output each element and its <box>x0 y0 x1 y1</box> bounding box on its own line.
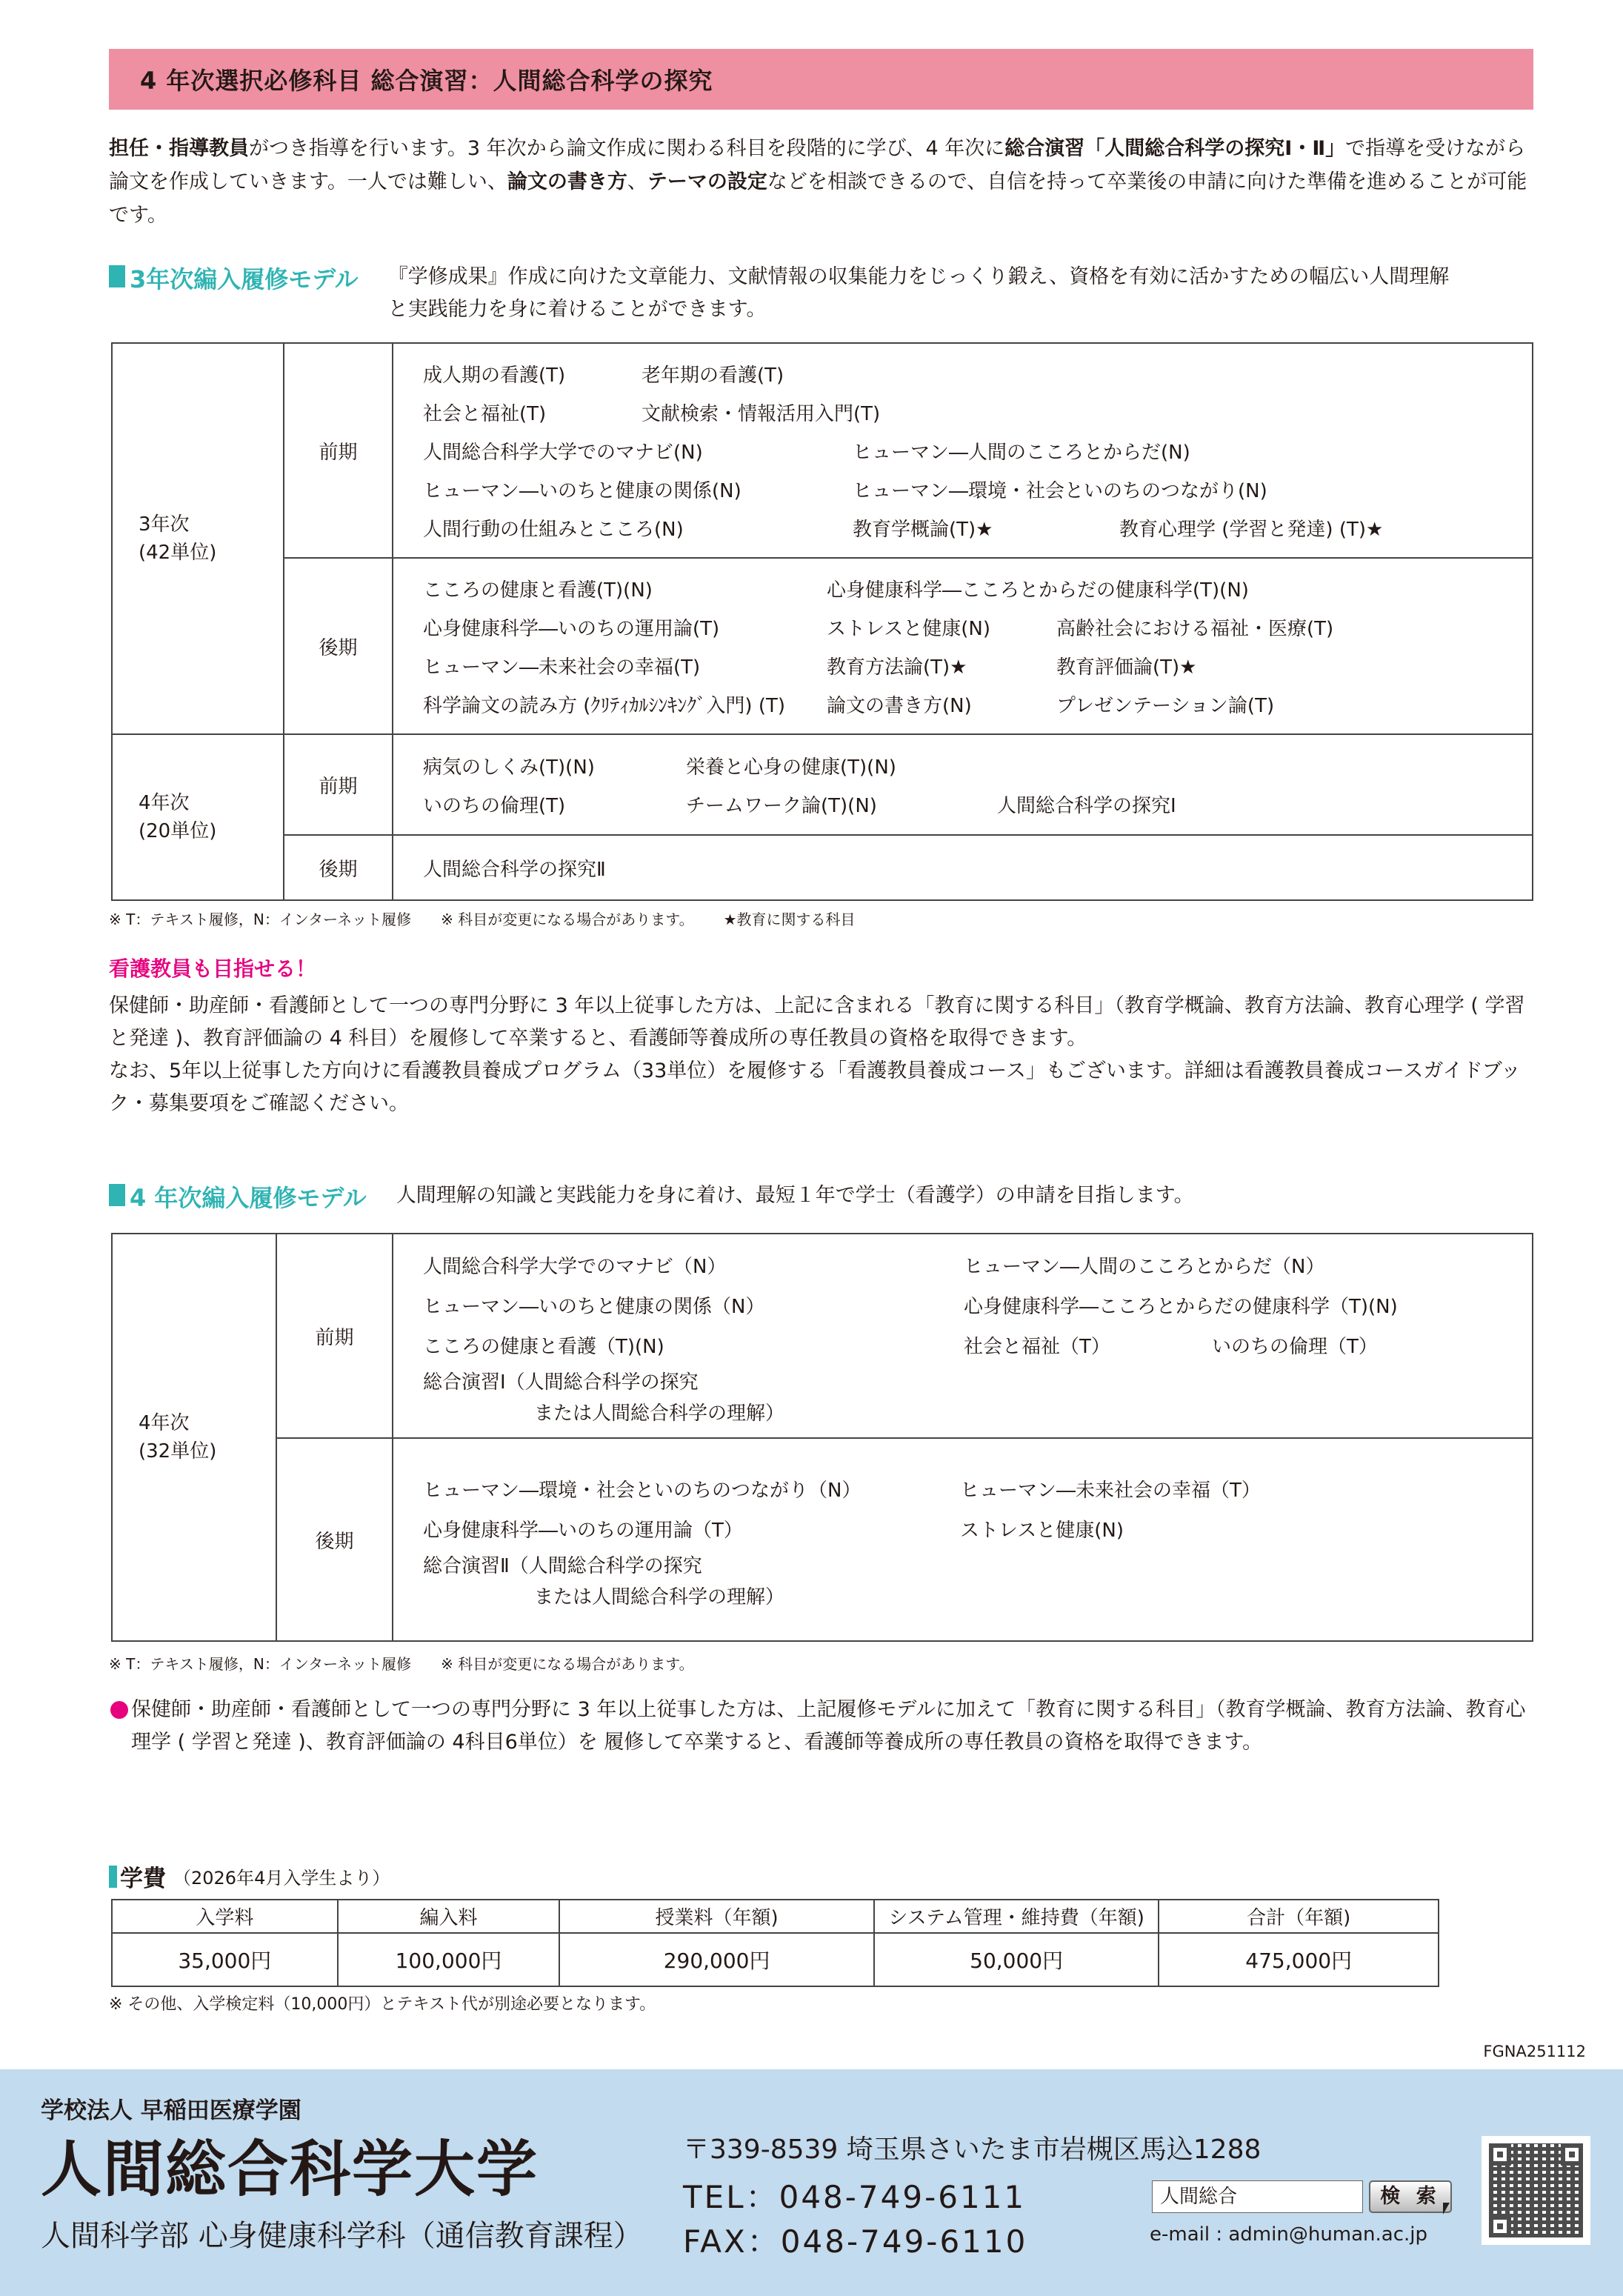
course-item: 人間総合科学大学でのマナビ（N） <box>423 1251 964 1279</box>
square-marker-icon <box>109 265 125 287</box>
year-cell: 4年次(20単位) <box>112 734 284 900</box>
fees-header: 学費 （2026年4月入学生より） <box>109 1860 390 1893</box>
model3-header: 3年次編入履修モデル 『学修成果』作成に向けた文章能力、文献情報の収集能力をじっ… <box>109 261 1455 326</box>
year-cell: 4年次(32単位) <box>112 1234 276 1641</box>
table-row: 3年次(42単位)前期成人期の看護(T)老年期の看護(T)社会と福祉(T)文献検… <box>112 343 1533 558</box>
course-row: いのちの倫理(T)チームワーク論(T)(N)人間総合科学の探究Ⅰ <box>423 785 1502 823</box>
intro-text-part: 総合演習「人間総合科学の探究Ⅰ・Ⅱ」 <box>1004 137 1345 160</box>
course-row: または人間総合科学の理解） <box>423 1580 1502 1611</box>
year-label: 4年次 <box>139 1409 276 1437</box>
course-item: いのちの倫理（T） <box>1212 1331 1378 1359</box>
intro-text-part: 担任・指導教員 <box>109 137 249 160</box>
model4-table: 4年次(32単位)前期人間総合科学大学でのマナビ（N）ヒューマン―人間のこころと… <box>111 1233 1533 1642</box>
intro-text-part: テーマの設定 <box>647 170 767 193</box>
course-row: 成人期の看護(T)老年期の看護(T) <box>423 354 1502 393</box>
course-item: 高齢社会における福祉・医療(T) <box>1056 613 1333 641</box>
table-row: 4年次(20単位)前期病気のしくみ(T)(N)栄養と心身の健康(T)(N)いのち… <box>112 734 1533 835</box>
course-item: 成人期の看護(T) <box>423 360 641 387</box>
course-row: 総合演習Ⅰ（人間総合科学の探究 <box>423 1365 1502 1396</box>
course-item: 心身健康科学―いのちの運用論(T) <box>423 613 827 641</box>
qr-finder-icon <box>1561 2143 1583 2166</box>
model4-bullet-note: 保健師・助産師・看護師として一つの専門分野に 3 年以上従事した方は、上記履修モ… <box>109 1694 1533 1759</box>
note-item: ★教育に関する科目 <box>724 911 856 928</box>
course-row: 人間行動の仕組みとこころ(N)教育学概論(T)★教育心理学 (学習と発達) (T… <box>423 508 1502 547</box>
nurse-teacher-text: 保健師・助産師・看護師として一つの専門分野に 3 年以上従事した方は、上記に含ま… <box>109 990 1533 1120</box>
model4-description: 人間理解の知識と実践能力を身に着け、最短１年で学士（看護学）の申請を目指します。 <box>396 1179 1194 1212</box>
table-row: 後期人間総合科学の探究Ⅱ <box>112 835 1533 900</box>
course-item: 論文の書き方(N) <box>827 691 1056 718</box>
course-item: 総合演習Ⅱ（人間総合科学の探究 <box>423 1551 702 1578</box>
course-cell: ヒューマン―環境・社会といのちのつながり（N）ヒューマン―未来社会の幸福（T）心… <box>393 1438 1533 1641</box>
section-banner: 4 年次選択必修科目 総合演習：人間総合科学の探究 <box>109 49 1533 110</box>
course-item: ヒューマン―環境・社会といのちのつながり(N) <box>853 476 1267 503</box>
square-marker-icon <box>109 1184 125 1206</box>
course-item: 教育学概論(T)★ <box>853 514 1119 542</box>
course-item: 人間総合科学の探究Ⅰ <box>997 791 1176 818</box>
course-item: ヒューマン―環境・社会といのちのつながり（N） <box>423 1475 960 1503</box>
note-item: ※ 科目が変更になる場合があります。 <box>441 1655 694 1673</box>
course-row: こころの健康と看護(T)(N)心身健康科学―こころとからだの健康科学(T)(N) <box>423 569 1502 608</box>
term-cell: 後期 <box>284 835 393 900</box>
table-row: 4年次(32単位)前期人間総合科学大学でのマナビ（N）ヒューマン―人間のこころと… <box>112 1234 1533 1438</box>
fee-value: 100,000円 <box>338 1933 560 1986</box>
course-row: 社会と福祉(T)文献検索・情報活用入門(T) <box>423 393 1502 431</box>
term-cell: 後期 <box>276 1438 393 1641</box>
course-item: 科学論文の読み方 (ｸﾘﾃｨｶﾙｼﾝｷﾝｸﾞ入門) (T) <box>423 691 827 718</box>
address: 〒339-8539 埼玉県さいたま市岩槻区馬込1288 <box>683 2129 1261 2166</box>
banner-title: 4 年次選択必修科目 総合演習：人間総合科学の探究 <box>140 62 713 96</box>
search-button[interactable]: 検 索 <box>1369 2180 1452 2213</box>
model3-description: 『学修成果』作成に向けた文章能力、文献情報の収集能力をじっくり鍛え、資格を有効に… <box>388 261 1455 326</box>
fee-value: 35,000円 <box>112 1933 338 1986</box>
course-row: ヒューマン―いのちと健康の関係(N)ヒューマン―環境・社会といのちのつながり(N… <box>423 470 1502 508</box>
course-item: こころの健康と看護(T)(N) <box>423 575 827 602</box>
term-cell: 前期 <box>284 734 393 835</box>
fee-column-header: 入学料 <box>112 1900 338 1933</box>
email-address[interactable]: e-mail : admin@human.ac.jp <box>1150 2223 1427 2246</box>
fee-column-header: システム管理・維持費（年額) <box>874 1900 1159 1933</box>
course-item: ヒューマン―いのちと健康の関係(N) <box>423 476 853 503</box>
intro-text-part: 論文の書き方 <box>507 170 627 193</box>
note-item: ※ T：テキスト履修，N：インターネット履修 <box>109 911 411 928</box>
note-item: ※ 科目が変更になる場合があります。 <box>441 911 694 928</box>
year-cell: 3年次(42単位) <box>112 343 284 734</box>
organization-name: 学校法人 早稲田医療学園 <box>41 2092 301 2125</box>
course-item: 人間行動の仕組みとこころ(N) <box>423 514 853 542</box>
bullet-dot-icon <box>110 1701 128 1719</box>
course-item: ヒューマン―人間のこころとからだ（N） <box>964 1251 1324 1279</box>
course-item: 社会と福祉(T) <box>423 399 641 426</box>
course-item: 心身健康科学―いのちの運用論（T） <box>423 1515 960 1543</box>
course-item: 心身健康科学―こころとからだの健康科学(T)(N) <box>827 575 1249 602</box>
course-item: または人間総合科学の理解） <box>534 1582 784 1609</box>
course-row: 科学論文の読み方 (ｸﾘﾃｨｶﾙｼﾝｷﾝｸﾞ入門) (T)論文の書き方(N)プレ… <box>423 685 1502 723</box>
course-item: 教育心理学 (学習と発達) (T)★ <box>1119 514 1383 542</box>
course-item: 心身健康科学―こころとからだの健康科学（T)(N) <box>964 1291 1398 1319</box>
course-item: ヒューマン―人間のこころとからだ(N) <box>853 437 1190 465</box>
table-row: 後期ヒューマン―環境・社会といのちのつながり（N）ヒューマン―未来社会の幸福（T… <box>112 1438 1533 1641</box>
model3-title: 3年次編入履修モデル <box>130 261 359 295</box>
course-cell: 人間総合科学大学でのマナビ（N）ヒューマン―人間のこころとからだ（N）ヒューマン… <box>393 1234 1533 1438</box>
course-row: 心身健康科学―いのちの運用論（T）ストレスと健康(N) <box>423 1508 1502 1548</box>
fee-value: 50,000円 <box>874 1933 1159 1986</box>
course-cell: 成人期の看護(T)老年期の看護(T)社会と福祉(T)文献検索・情報活用入門(T)… <box>393 343 1533 558</box>
model4-notes: ※ T：テキスト履修，N：インターネット履修※ 科目が変更になる場合があります。 <box>109 1652 724 1674</box>
fees-note: ※ その他、入学検定料（10,000円）とテキスト代が別途必要となります。 <box>109 1991 656 2014</box>
table-row: 後期こころの健康と看護(T)(N)心身健康科学―こころとからだの健康科学(T)(… <box>112 558 1533 734</box>
course-item: 人間総合科学の探究Ⅱ <box>423 854 606 882</box>
nurse-teacher-text-2: なお、5年以上従事した方向けに看護教員養成プログラム（33単位）を履修する「看護… <box>109 1055 1533 1120</box>
course-row: または人間総合科学の理解） <box>423 1396 1502 1427</box>
fee-value: 475,000円 <box>1159 1933 1439 1986</box>
fee-value: 290,000円 <box>559 1933 874 1986</box>
course-item: ヒューマン―いのちと健康の関係（N） <box>423 1291 964 1319</box>
course-item: 総合演習Ⅰ（人間総合科学の探究 <box>423 1367 699 1394</box>
model4-header: 4 年次編入履修モデル 人間理解の知識と実践能力を身に着け、最短１年で学士（看護… <box>109 1179 1194 1214</box>
course-row: こころの健康と看護（T)(N)社会と福祉（T）いのちの倫理（T） <box>423 1325 1502 1365</box>
course-row: 人間総合科学大学でのマナビ(N)ヒューマン―人間のこころとからだ(N) <box>423 431 1502 470</box>
credits-label: (42単位) <box>139 539 283 567</box>
course-row: ヒューマン―未来社会の幸福(T)教育方法論(T)★教育評価論(T)★ <box>423 646 1502 685</box>
search-input[interactable]: 人間総合 <box>1152 2180 1363 2213</box>
fees-table: 入学料編入料授業料（年額)システム管理・維持費（年額)合計（年額) 35,000… <box>111 1899 1439 1987</box>
square-marker-icon <box>109 1866 117 1888</box>
course-item: ストレスと健康(N) <box>827 613 1056 641</box>
course-item: 教育方法論(T)★ <box>827 652 1056 679</box>
model3-table: 3年次(42単位)前期成人期の看護(T)老年期の看護(T)社会と福祉(T)文献検… <box>111 342 1533 901</box>
course-row: 病気のしくみ(T)(N)栄養と心身の健康(T)(N) <box>423 746 1502 785</box>
phone-number: TEL：048-749-6111 <box>683 2173 1026 2217</box>
course-item: 老年期の看護(T) <box>641 360 784 387</box>
nurse-teacher-text-1: 保健師・助産師・看護師として一つの専門分野に 3 年以上従事した方は、上記に含ま… <box>109 990 1533 1055</box>
course-item: プレゼンテーション論(T) <box>1056 691 1274 718</box>
fax-number: FAX：048-749-6110 <box>683 2217 1027 2262</box>
course-item: 病気のしくみ(T)(N) <box>423 752 686 779</box>
course-row: 心身健康科学―いのちの運用論(T)ストレスと健康(N)高齢社会における福祉・医療… <box>423 608 1502 646</box>
fee-column-header: 合計（年額) <box>1159 1900 1439 1933</box>
course-item: 栄養と心身の健康(T)(N) <box>686 752 896 779</box>
model4-title: 4 年次編入履修モデル <box>130 1179 367 1214</box>
model3-notes: ※ T：テキスト履修，N：インターネット履修※ 科目が変更になる場合があります。… <box>109 908 885 929</box>
qr-code[interactable] <box>1482 2136 1590 2245</box>
course-item: 文献検索・情報活用入門(T) <box>641 399 880 426</box>
faculty-name: 人間科学部 心身健康科学科（通信教育課程） <box>41 2212 643 2255</box>
course-row: 総合演習Ⅱ（人間総合科学の探究 <box>423 1548 1502 1580</box>
course-item: 人間総合科学大学でのマナビ(N) <box>423 437 853 465</box>
course-row: ヒューマン―環境・社会といのちのつながり（N）ヒューマン―未来社会の幸福（T） <box>423 1468 1502 1508</box>
course-item: ヒューマン―未来社会の幸福(T) <box>423 652 827 679</box>
course-row: 人間総合科学の探究Ⅱ <box>423 848 1502 887</box>
credits-label: (20単位) <box>139 817 283 845</box>
nurse-teacher-heading: 看護教員も目指せる！ <box>109 953 316 982</box>
note-item: ※ T：テキスト履修，N：インターネット履修 <box>109 1655 411 1673</box>
course-item: チームワーク論(T)(N) <box>686 791 997 818</box>
intro-paragraph: 担任・指導教員がつき指導を行います。3 年次から論文作成に関わる科目を段階的に学… <box>109 132 1533 232</box>
fee-column-header: 編入料 <box>338 1900 560 1933</box>
fees-title: 学費 <box>120 1860 166 1893</box>
mouse-cursor-icon <box>1443 2203 1450 2215</box>
course-item: 教育評価論(T)★ <box>1056 652 1196 679</box>
university-name: 人間総合科学大学 <box>41 2121 539 2208</box>
course-item: 社会と福祉（T） <box>964 1331 1212 1359</box>
course-row: ヒューマン―いのちと健康の関係（N）心身健康科学―こころとからだの健康科学（T)… <box>423 1285 1502 1325</box>
course-cell: 病気のしくみ(T)(N)栄養と心身の健康(T)(N)いのちの倫理(T)チームワー… <box>393 734 1533 835</box>
course-item: ヒューマン―未来社会の幸福（T） <box>960 1475 1261 1503</box>
intro-text-part: がつき指導を行います。3 年次から論文作成に関わる科目を段階的に学び、4 年次に <box>249 137 1004 160</box>
model4-bullet-text: 保健師・助産師・看護師として一つの専門分野に 3 年以上従事した方は、上記履修モ… <box>131 1698 1526 1754</box>
qr-finder-icon <box>1489 2215 1511 2237</box>
document-code: FGNA251112 <box>1483 2043 1586 2060</box>
course-cell: こころの健康と看護(T)(N)心身健康科学―こころとからだの健康科学(T)(N)… <box>393 558 1533 734</box>
qr-code-pattern <box>1489 2143 1583 2237</box>
term-cell: 後期 <box>284 558 393 734</box>
course-item: こころの健康と看護（T)(N) <box>423 1331 964 1359</box>
year-label: 4年次 <box>139 789 283 817</box>
credits-label: (32単位) <box>139 1437 276 1465</box>
course-row: 人間総合科学大学でのマナビ（N）ヒューマン―人間のこころとからだ（N） <box>423 1245 1502 1285</box>
term-cell: 前期 <box>284 343 393 558</box>
fee-column-header: 授業料（年額) <box>559 1900 874 1933</box>
course-item: または人間総合科学の理解） <box>534 1398 784 1425</box>
year-label: 3年次 <box>139 510 283 539</box>
footer: 学校法人 早稲田医療学園 人間総合科学大学 人間科学部 心身健康科学科（通信教育… <box>0 2069 1623 2296</box>
course-item: いのちの倫理(T) <box>423 791 686 818</box>
term-cell: 前期 <box>276 1234 393 1438</box>
course-item: ストレスと健康(N) <box>960 1515 1124 1543</box>
qr-finder-icon <box>1489 2143 1511 2166</box>
course-cell: 人間総合科学の探究Ⅱ <box>393 835 1533 900</box>
intro-text-part: 、 <box>627 170 647 193</box>
fees-subtitle: （2026年4月入学生より） <box>173 1863 390 1889</box>
